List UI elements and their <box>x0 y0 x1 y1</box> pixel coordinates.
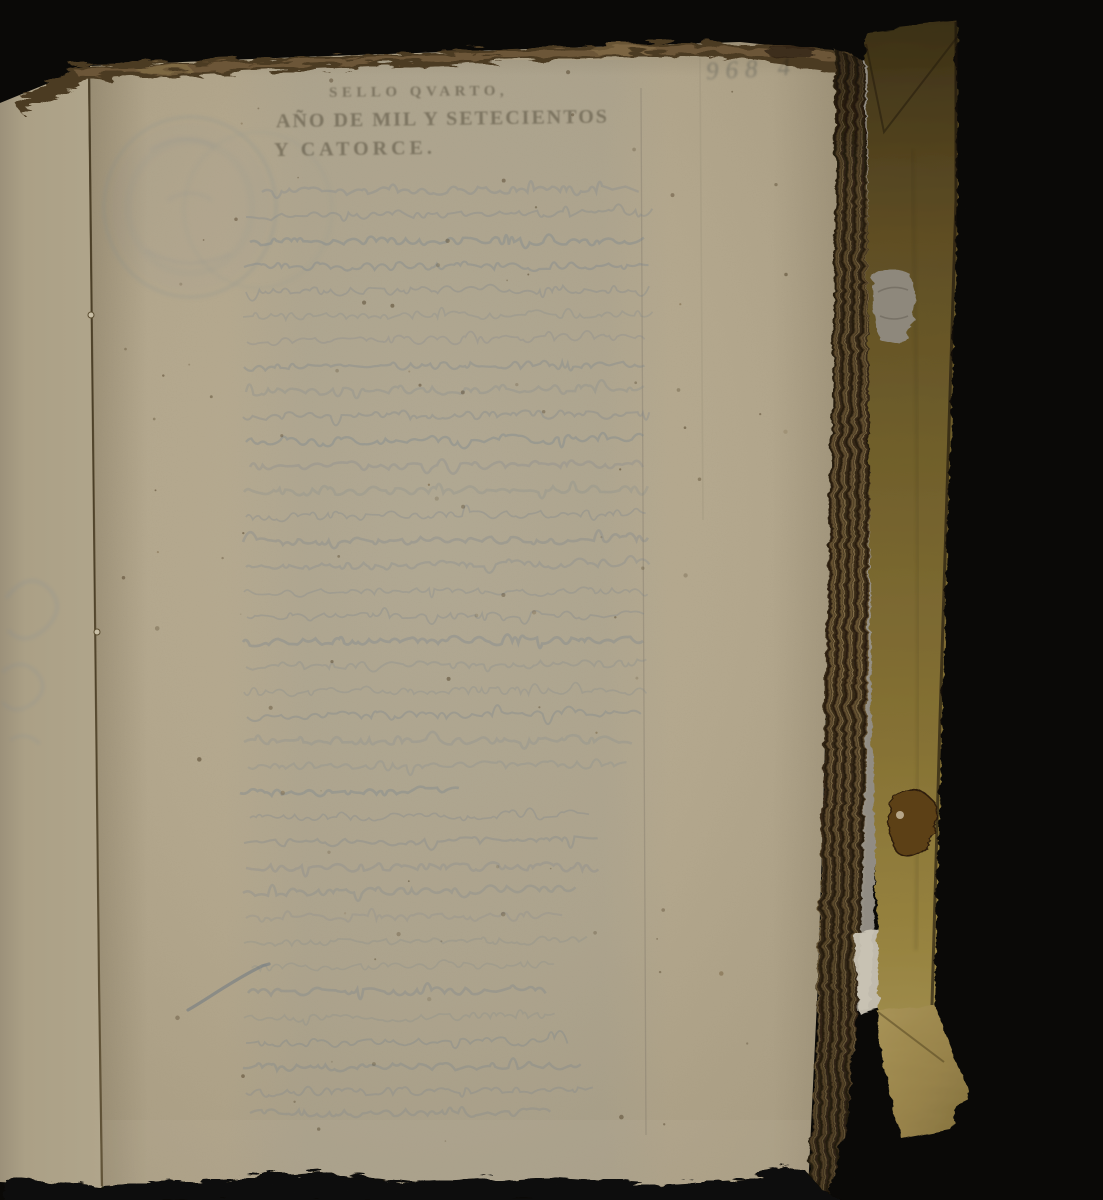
manuscript-photo: SELLO QVARTO, AÑO DE MIL Y SETECIENTOS Y… <box>0 0 1103 1200</box>
photo-grain <box>0 0 1103 1200</box>
photo-render <box>0 0 1103 1200</box>
